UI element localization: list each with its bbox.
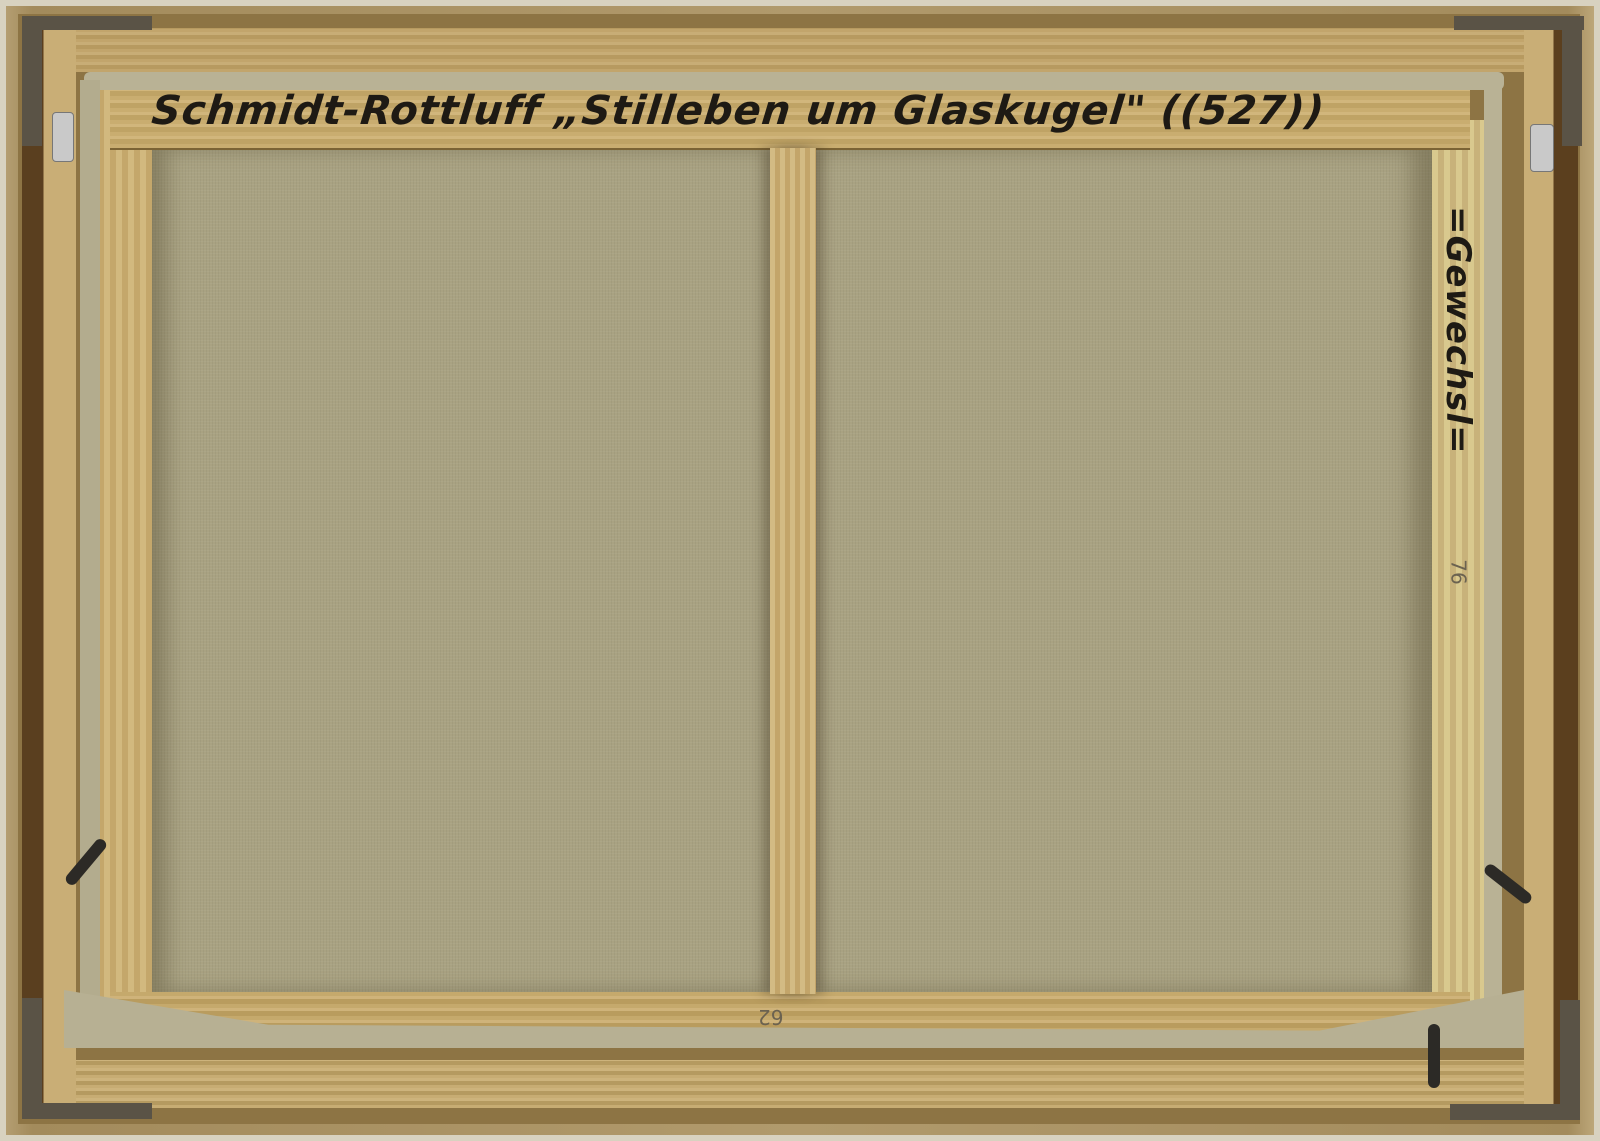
frame-outer-edge [0, 0, 1600, 1141]
